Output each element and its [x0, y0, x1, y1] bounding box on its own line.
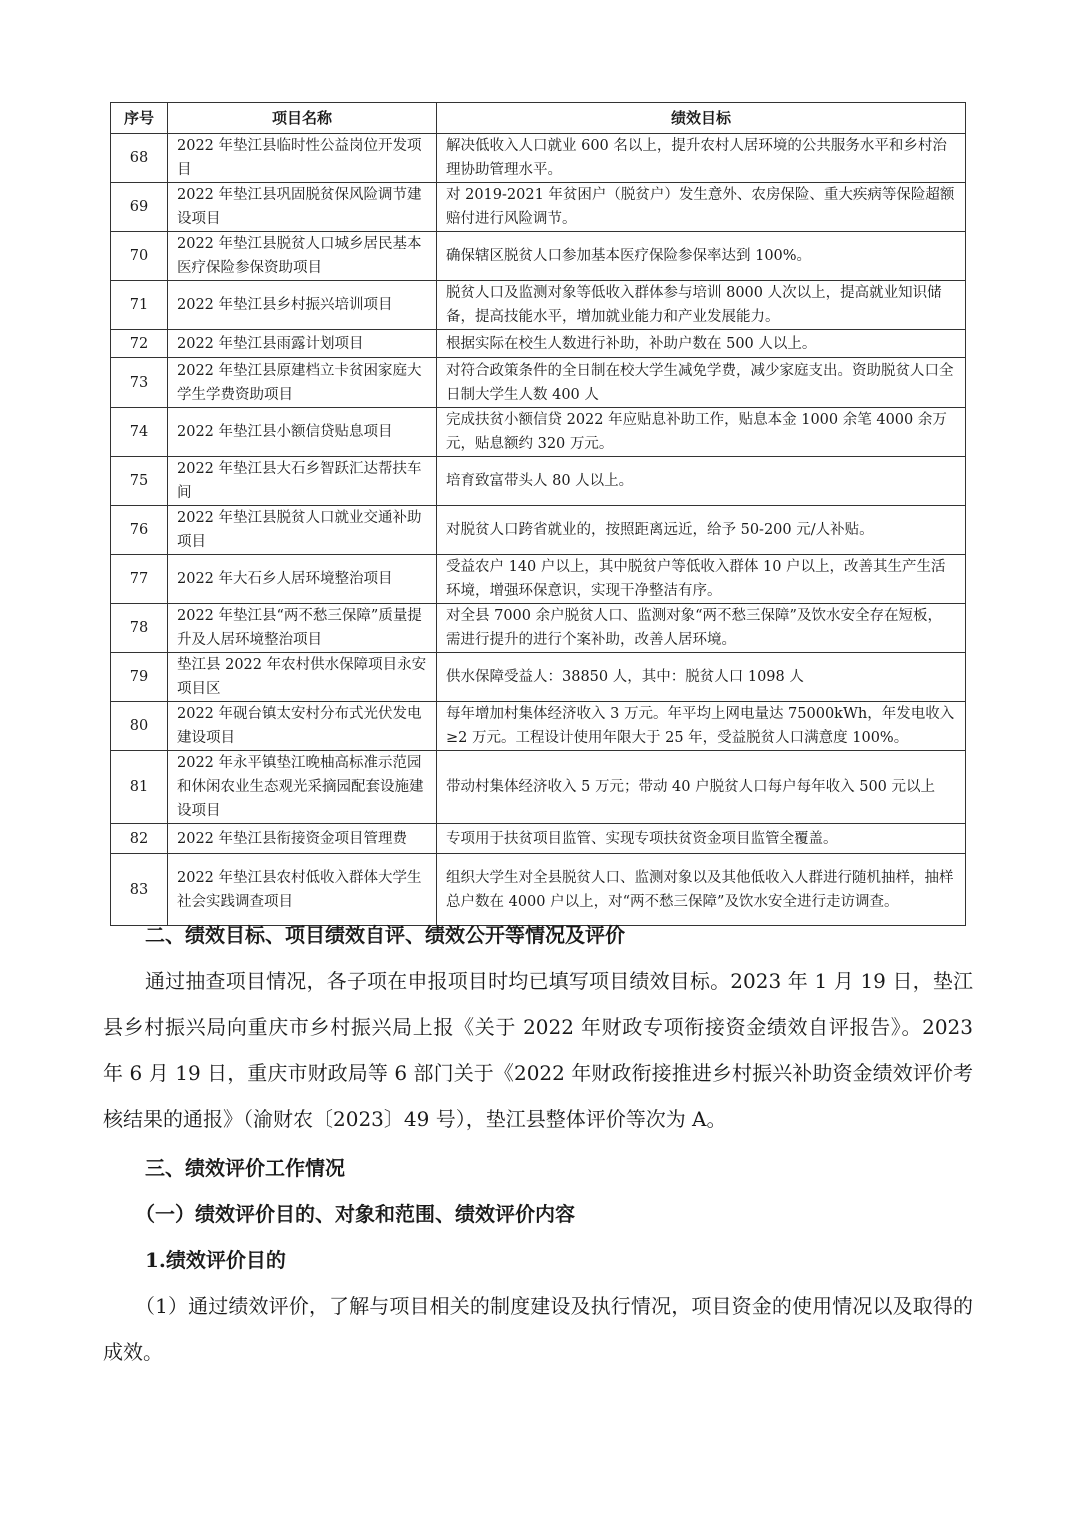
project-name: 2022 年垫江县脱贫人口就业交通补助项目 [168, 506, 437, 555]
table-row: 79垫江县 2022 年农村供水保障项目永安项目区供水保障受益人：38850 人… [111, 653, 966, 702]
row-number: 78 [111, 604, 168, 653]
table-row: 702022 年垫江县脱贫人口城乡居民基本医疗保险参保资助项目确保辖区脱贫人口参… [111, 232, 966, 281]
project-name: 2022 年垫江县临时性公益岗位开发项目 [168, 134, 437, 183]
row-number: 79 [111, 653, 168, 702]
performance-goal: 对符合政策条件的全日制在校大学生减免学费，减少家庭支出。资助脱贫人口全日制大学生… [437, 358, 966, 408]
performance-goal: 完成扶贫小额信贷 2022 年应贴息补助工作，贴息本金 1000 余笔 4000… [437, 408, 966, 457]
project-name: 2022 年垫江县巩固脱贫保风险调节建设项目 [168, 183, 437, 232]
header-seq: 序号 [111, 103, 168, 134]
row-number: 73 [111, 358, 168, 408]
table-header-row: 序号 项目名称 绩效目标 [111, 103, 966, 134]
row-number: 82 [111, 824, 168, 854]
project-name: 2022 年垫江县衔接资金项目管理费 [168, 824, 437, 854]
table-row: 752022 年垫江县大石乡智跃汇达帮扶车间培育致富带头人 80 人以上。 [111, 457, 966, 506]
row-number: 76 [111, 506, 168, 555]
table-row: 782022 年垫江县“两不愁三保障”质量提升及人居环境整治项目对全县 7000… [111, 604, 966, 653]
project-name: 2022 年垫江县原建档立卡贫困家庭大学生学费资助项目 [168, 358, 437, 408]
row-number: 80 [111, 702, 168, 751]
performance-goal: 对脱贫人口跨省就业的，按照距离远近，给予 50-200 元/人补贴。 [437, 506, 966, 555]
section-2-paragraph: 通过抽查项目情况，各子项在申报项目时均已填写项目绩效目标。2023 年 1 月 … [103, 958, 973, 1142]
table-row: 822022 年垫江县衔接资金项目管理费专项用于扶贫项目监管、实现专项扶贫资金项… [111, 824, 966, 854]
project-name: 垫江县 2022 年农村供水保障项目永安项目区 [168, 653, 437, 702]
section-2-heading: 二、绩效目标、项目绩效自评、绩效公开等情况及评价 [103, 912, 973, 958]
table-row: 682022 年垫江县临时性公益岗位开发项目解决低收入人口就业 600 名以上，… [111, 134, 966, 183]
project-name: 2022 年垫江县小额信贷贴息项目 [168, 408, 437, 457]
performance-goal: 受益农户 140 户以上，其中脱贫户等低收入群体 10 户以上，改善其生产生活环… [437, 555, 966, 604]
performance-goal: 脱贫人口及监测对象等低收入群体参与培训 8000 人次以上，提高就业知识储备，提… [437, 281, 966, 330]
project-name: 2022 年垫江县乡村振兴培训项目 [168, 281, 437, 330]
row-number: 77 [111, 555, 168, 604]
row-number: 68 [111, 134, 168, 183]
row-number: 75 [111, 457, 168, 506]
section-3-heading: 三、绩效评价工作情况 [103, 1145, 973, 1191]
row-number: 72 [111, 330, 168, 358]
performance-goal: 根据实际在校生人数进行补助，补助户数在 500 人以上。 [437, 330, 966, 358]
table-row: 742022 年垫江县小额信贷贴息项目完成扶贫小额信贷 2022 年应贴息补助工… [111, 408, 966, 457]
header-performance-goal: 绩效目标 [437, 103, 966, 134]
table-row: 802022 年砚台镇太安村分布式光伏发电建设项目每年增加村集体经济收入 3 万… [111, 702, 966, 751]
section-3-paragraph: （1）通过绩效评价，了解与项目相关的制度建设及执行情况，项目资金的使用情况以及取… [103, 1283, 973, 1375]
header-project-name: 项目名称 [168, 103, 437, 134]
table-row: 772022 年大石乡人居环境整治项目受益农户 140 户以上，其中脱贫户等低收… [111, 555, 966, 604]
row-number: 70 [111, 232, 168, 281]
table-row: 762022 年垫江县脱贫人口就业交通补助项目对脱贫人口跨省就业的，按照距离远近… [111, 506, 966, 555]
row-number: 74 [111, 408, 168, 457]
row-number: 71 [111, 281, 168, 330]
project-name: 2022 年垫江县雨露计划项目 [168, 330, 437, 358]
row-number: 69 [111, 183, 168, 232]
table-row: 732022 年垫江县原建档立卡贫困家庭大学生学费资助项目对符合政策条件的全日制… [111, 358, 966, 408]
section-3-subheading-1-1: 1.绩效评价目的 [103, 1237, 973, 1283]
performance-goal: 对 2019-2021 年贫困户（脱贫户）发生意外、农房保险、重大疾病等保险超额… [437, 183, 966, 232]
table-row: 712022 年垫江县乡村振兴培训项目脱贫人口及监测对象等低收入群体参与培训 8… [111, 281, 966, 330]
section-3-subheading-1: （一）绩效评价目的、对象和范围、绩效评价内容 [103, 1191, 973, 1237]
performance-goal: 对全县 7000 余户脱贫人口、监测对象“两不愁三保障”及饮水安全存在短板，需进… [437, 604, 966, 653]
performance-goal: 确保辖区脱贫人口参加基本医疗保险参保率达到 100%。 [437, 232, 966, 281]
performance-goals-table: 序号 项目名称 绩效目标 682022 年垫江县临时性公益岗位开发项目解决低收入… [110, 102, 966, 926]
project-name: 2022 年永平镇垫江晚柚高标准示范园和休闲农业生态观光采摘园配套设施建设项目 [168, 751, 437, 824]
row-number: 81 [111, 751, 168, 824]
performance-goal: 供水保障受益人：38850 人，其中：脱贫人口 1098 人 [437, 653, 966, 702]
project-name: 2022 年垫江县“两不愁三保障”质量提升及人居环境整治项目 [168, 604, 437, 653]
project-name: 2022 年垫江县大石乡智跃汇达帮扶车间 [168, 457, 437, 506]
performance-goal: 解决低收入人口就业 600 名以上，提升农村人居环境的公共服务水平和乡村治理协助… [437, 134, 966, 183]
project-name: 2022 年砚台镇太安村分布式光伏发电建设项目 [168, 702, 437, 751]
performance-goal: 带动村集体经济收入 5 万元；带动 40 户脱贫人口每户每年收入 500 元以上 [437, 751, 966, 824]
performance-goal: 培育致富带头人 80 人以上。 [437, 457, 966, 506]
project-name: 2022 年大石乡人居环境整治项目 [168, 555, 437, 604]
table-row: 812022 年永平镇垫江晚柚高标准示范园和休闲农业生态观光采摘园配套设施建设项… [111, 751, 966, 824]
project-name: 2022 年垫江县脱贫人口城乡居民基本医疗保险参保资助项目 [168, 232, 437, 281]
document-page: 序号 项目名称 绩效目标 682022 年垫江县临时性公益岗位开发项目解决低收入… [0, 0, 1074, 1520]
section-2: 二、绩效目标、项目绩效自评、绩效公开等情况及评价 通过抽查项目情况，各子项在申报… [103, 912, 973, 1142]
section-3: 三、绩效评价工作情况 （一）绩效评价目的、对象和范围、绩效评价内容 1.绩效评价… [103, 1145, 973, 1375]
performance-goal: 每年增加村集体经济收入 3 万元。年平均上网电量达 75000kWh，年发电收入… [437, 702, 966, 751]
table-row: 722022 年垫江县雨露计划项目根据实际在校生人数进行补助，补助户数在 500… [111, 330, 966, 358]
table-row: 692022 年垫江县巩固脱贫保风险调节建设项目对 2019-2021 年贫困户… [111, 183, 966, 232]
performance-goal: 专项用于扶贫项目监管、实现专项扶贫资金项目监管全覆盖。 [437, 824, 966, 854]
